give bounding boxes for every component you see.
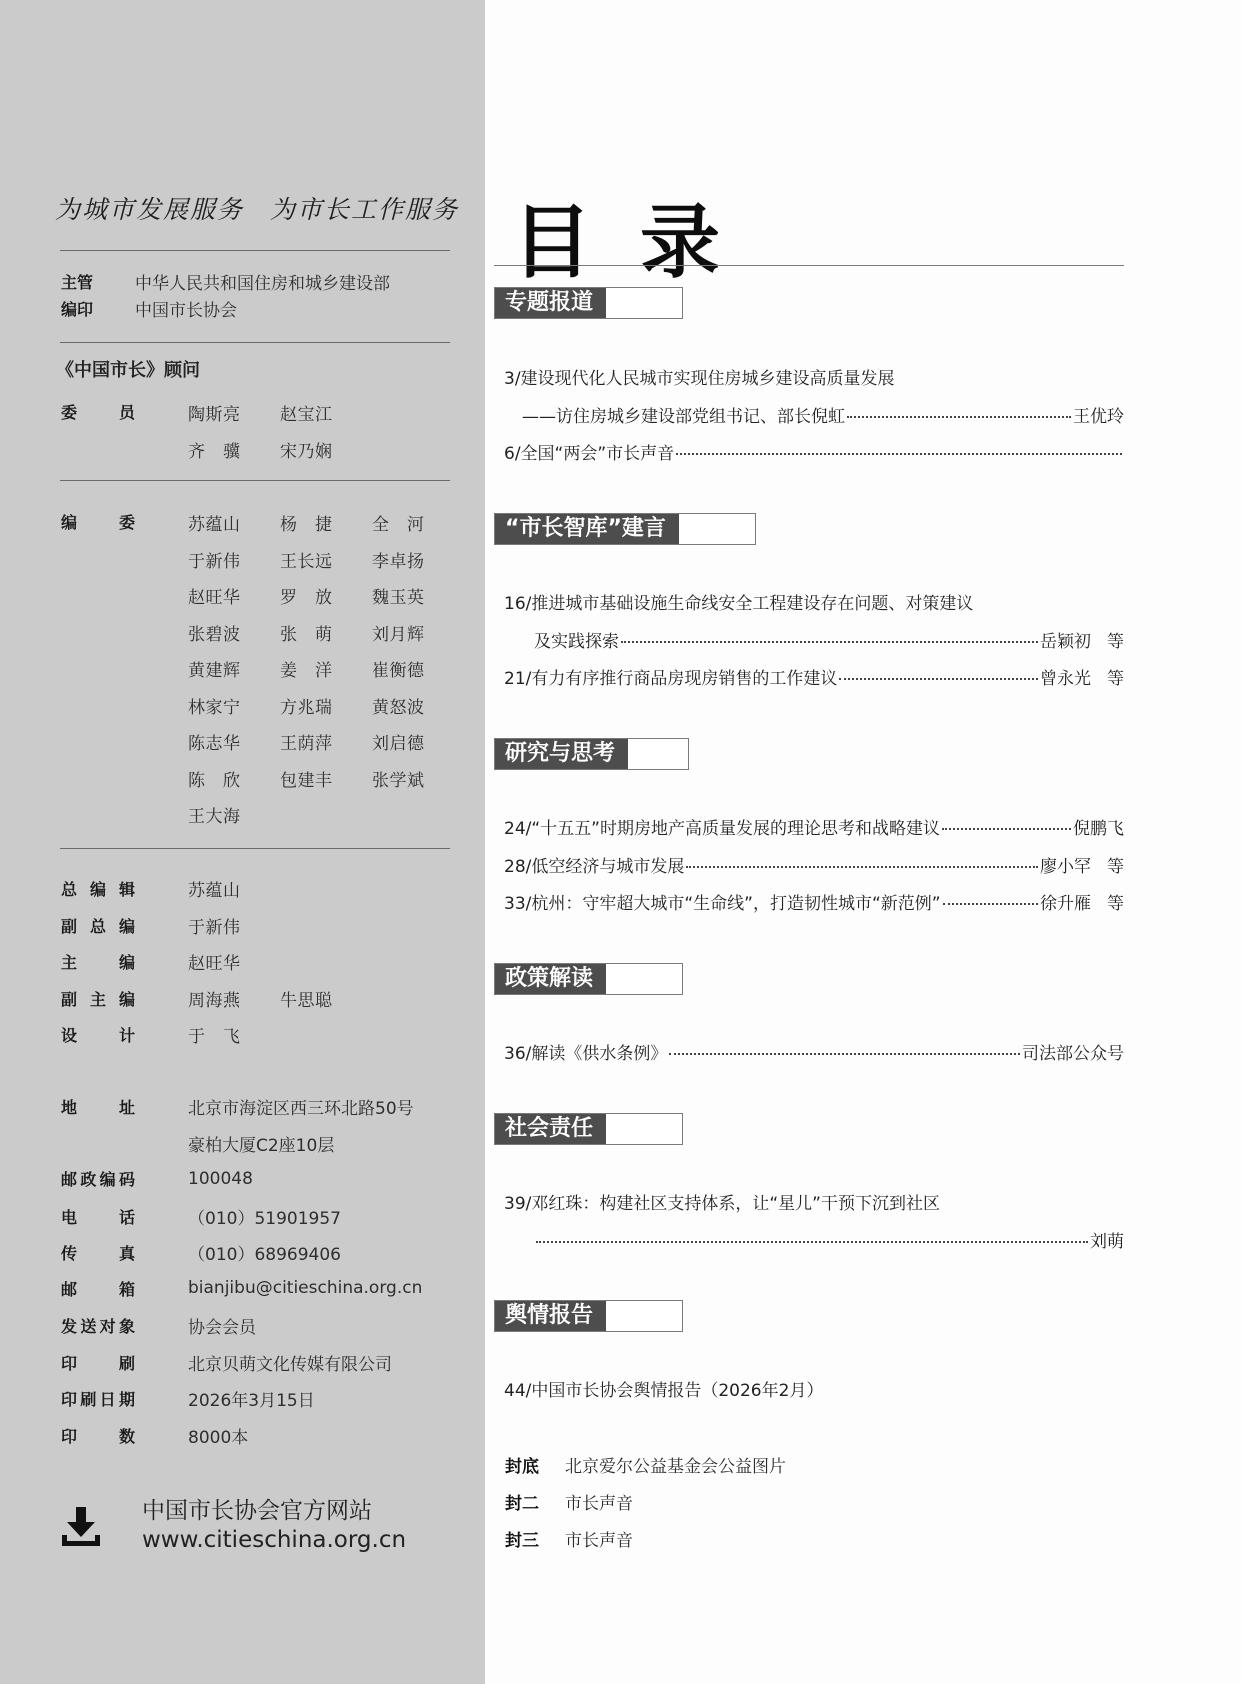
- title-underline: [494, 265, 1124, 266]
- board-member-name: 林家宁: [188, 693, 240, 718]
- divider: [60, 848, 450, 849]
- page-number: 6/: [504, 444, 521, 464]
- editorial-board-row: 赵旺华罗 放魏玉英: [188, 583, 464, 608]
- advisors-label-row: 委 员: [61, 400, 135, 423]
- contact-label: 印刷日期: [61, 1387, 135, 1410]
- toc-entry[interactable]: 44/ 中国市长协会舆情报告（2026年2月）: [504, 1376, 1124, 1401]
- entry-author: 岳颖初: [1040, 627, 1091, 652]
- dot-leader: [669, 1053, 1020, 1055]
- entry-author: 廖小罕: [1040, 852, 1091, 877]
- supervisor-value: 中华人民共和国住房和城乡建设部: [135, 269, 390, 294]
- section-heading: 政策解读: [495, 964, 606, 994]
- staff-row: 副主编周海燕牛思聪: [61, 986, 372, 1011]
- editorial-board-row: 黄建辉姜 洋崔衡德: [188, 656, 464, 681]
- cover-label: 封三: [505, 1526, 565, 1551]
- contact-value: （010）51901957: [188, 1204, 341, 1229]
- page-number: 44/: [504, 1381, 531, 1401]
- entry-title: 全国“两会”市长声音: [521, 439, 675, 464]
- staff-row: 总编辑苏蕴山: [61, 876, 280, 901]
- staff-role-label: 副总编: [61, 914, 135, 937]
- advisor-name: 赵宝江: [280, 400, 332, 425]
- entry-title: 有力有序推行商品房现房销售的工作建议: [531, 664, 837, 689]
- entry-title: 低空经济与城市发展: [531, 852, 684, 877]
- toc-entry[interactable]: 36/ 解读《供水条例》司法部公众号: [504, 1039, 1124, 1064]
- publisher-row: 编印 中国市长协会: [61, 296, 237, 321]
- entry-author: 倪鹏飞: [1073, 814, 1124, 839]
- staff-name: 于 飞: [188, 1022, 240, 1047]
- toc-entry[interactable]: 21/ 有力有序推行商品房现房销售的工作建议曾永光等: [504, 664, 1124, 689]
- entry-subtitle: 及实践探索: [534, 627, 619, 652]
- staff-row: 设计于 飞: [61, 1022, 280, 1047]
- advisors-title: 《中国市长》顾问: [56, 356, 200, 382]
- section-heading: 社会责任: [495, 1114, 606, 1144]
- advisor-name: 宋乃娴: [280, 437, 332, 462]
- cover-value: 北京爱尔公益基金会公益图片: [565, 1452, 786, 1477]
- section-header: 舆情报告: [494, 1300, 683, 1332]
- cover-row: 封三市长声音: [505, 1526, 633, 1551]
- contact-value: 2026年3月15日: [188, 1386, 315, 1411]
- editorial-board-row: 于新伟王长远李卓扬: [188, 547, 464, 572]
- dot-leader: [686, 866, 1038, 868]
- contact-label: 印数: [61, 1424, 135, 1447]
- section-heading: 舆情报告: [495, 1301, 606, 1331]
- toc-entry[interactable]: 28/ 低空经济与城市发展廖小罕等: [504, 852, 1124, 877]
- page-number: 3/: [504, 369, 521, 389]
- motto-part-1: 为城市发展服务: [55, 195, 244, 224]
- staff-role-label: 总编辑: [61, 877, 135, 900]
- section-header: 社会责任: [494, 1113, 683, 1145]
- contact-row: 印刷日期2026年3月15日: [61, 1386, 315, 1411]
- entry-author: 王优玲: [1073, 402, 1124, 427]
- advisors-row: 齐 骥 宋乃娴: [188, 437, 372, 462]
- section-heading: “市长智库”建言: [495, 514, 679, 544]
- editorial-board-row: 林家宁方兆瑞黄怒波: [188, 693, 464, 718]
- toc-entry-continued[interactable]: 及实践探索岳颖初等: [534, 627, 1124, 652]
- toc-entry[interactable]: 3/ 建设现代化人民城市实现住房城乡建设高质量发展: [504, 364, 1124, 389]
- board-member-name: 黄建辉: [188, 656, 240, 681]
- toc-entry-continued[interactable]: ——访住房城乡建设部党组书记、部长倪虹王优玲: [522, 402, 1124, 427]
- contact-row: 印刷北京贝萌文化传媒有限公司: [61, 1350, 392, 1375]
- entry-etc: 等: [1107, 664, 1124, 689]
- download-icon: [60, 1505, 102, 1547]
- contact-row: 邮箱bianjibu@citieschina.org.cn: [61, 1277, 422, 1300]
- board-member-name: 苏蕴山: [188, 510, 240, 535]
- advisors-row: 陶斯亮 赵宝江: [188, 400, 372, 425]
- section-header: 政策解读: [494, 963, 683, 995]
- dot-leader: [839, 678, 1038, 680]
- contact-label: 传真: [61, 1241, 135, 1264]
- cover-row: 封底北京爱尔公益基金会公益图片: [505, 1452, 786, 1477]
- toc-entry[interactable]: 16/ 推进城市基础设施生命线安全工程建设存在问题、对策建议: [504, 589, 1124, 614]
- page-number: 33/: [504, 894, 531, 914]
- dot-leader: [536, 1241, 1088, 1243]
- page-number: 28/: [504, 857, 531, 877]
- section-header: “市长智库”建言: [494, 513, 756, 545]
- board-member-name: 崔衡德: [372, 656, 424, 681]
- section-header: 研究与思考: [494, 738, 689, 770]
- board-member-name: 王大海: [188, 802, 240, 827]
- staff-row: 主编赵旺华: [61, 949, 280, 974]
- entry-author: 徐升雁: [1040, 889, 1091, 914]
- website-url[interactable]: www.citieschina.org.cn: [142, 1526, 406, 1555]
- entry-author: 曾永光: [1040, 664, 1091, 689]
- editorial-board-row: 张碧波张 萌刘月辉: [188, 620, 464, 645]
- staff-name: 苏蕴山: [188, 876, 240, 901]
- editorial-board-label: 编 委: [61, 510, 135, 533]
- board-member-name: 于新伟: [188, 547, 240, 572]
- contact-value: 豪柏大厦C2座10层: [188, 1131, 334, 1156]
- page-number: 36/: [504, 1044, 531, 1064]
- entry-author: 司法部公众号: [1022, 1039, 1124, 1064]
- page-title: 目录: [512, 178, 768, 293]
- contact-value: 8000本: [188, 1423, 248, 1448]
- divider: [60, 342, 450, 343]
- contact-row: 发送对象协会会员: [61, 1313, 256, 1338]
- contact-value: 100048: [188, 1169, 253, 1189]
- contact-row: 豪柏大厦C2座10层: [61, 1131, 334, 1156]
- board-member-name: 张学斌: [372, 766, 424, 791]
- contact-value: 北京贝萌文化传媒有限公司: [188, 1350, 392, 1375]
- contact-label: 发送对象: [61, 1314, 135, 1337]
- board-member-name: 杨 捷: [280, 510, 332, 535]
- entry-title: 解读《供水条例》: [531, 1039, 667, 1064]
- editorial-board-label-row: 编 委: [61, 510, 135, 533]
- contact-value: bianjibu@citieschina.org.cn: [188, 1278, 422, 1298]
- board-member-name: 张碧波: [188, 620, 240, 645]
- contact-label: 地址: [61, 1095, 135, 1118]
- entry-author: 刘萌: [1090, 1227, 1124, 1252]
- dot-leader: [621, 641, 1038, 643]
- entry-title: 建设现代化人民城市实现住房城乡建设高质量发展: [521, 364, 895, 389]
- cover-value: 市长声音: [565, 1489, 633, 1514]
- editorial-board-row: 苏蕴山杨 捷全 河: [188, 510, 464, 535]
- entry-title: “十五五”时期房地产高质量发展的理论思考和战略建议: [531, 814, 940, 839]
- page-number: 39/: [504, 1194, 531, 1214]
- board-member-name: 王长远: [280, 547, 332, 572]
- cover-row: 封二市长声音: [505, 1489, 633, 1514]
- cover-label: 封底: [505, 1452, 565, 1477]
- section-heading: 专题报道: [495, 288, 606, 318]
- entry-subtitle: ——访住房城乡建设部党组书记、部长倪虹: [522, 402, 845, 427]
- contact-value: （010）68969406: [188, 1240, 341, 1265]
- contact-value: 协会会员: [188, 1313, 256, 1338]
- toc-entry[interactable]: 24/ “十五五”时期房地产高质量发展的理论思考和战略建议倪鹏飞: [504, 814, 1124, 839]
- entry-title: 杭州：守牢超大城市“生命线”，打造韧性城市“新范例”: [531, 889, 940, 914]
- page-number: 24/: [504, 819, 531, 839]
- staff-name: 牛思聪: [280, 986, 332, 1011]
- staff-role-label: 主编: [61, 950, 135, 973]
- board-member-name: 赵旺华: [188, 583, 240, 608]
- contact-row: 邮政编码100048: [61, 1167, 253, 1190]
- board-member-name: 陈 欣: [188, 766, 240, 791]
- website-block: 中国市长协会官方网站 www.citieschina.org.cn: [60, 1497, 406, 1555]
- supervisor-label: 主管: [61, 270, 135, 293]
- entry-etc: 等: [1107, 889, 1124, 914]
- contact-row: 传真（010）68969406: [61, 1240, 341, 1265]
- website-name: 中国市长协会官方网站: [142, 1497, 406, 1526]
- entry-etc: 等: [1107, 852, 1124, 877]
- entry-title: 邓红珠：构建社区支持体系，让“星儿”干预下沉到社区: [531, 1189, 940, 1214]
- contact-value: 北京市海淀区西三环北路50号: [188, 1094, 414, 1119]
- board-member-name: 刘启德: [372, 729, 424, 754]
- dot-leader: [676, 453, 1122, 455]
- contact-row: 印数8000本: [61, 1423, 248, 1448]
- toc-entry[interactable]: 39/ 邓红珠：构建社区支持体系，让“星儿”干预下沉到社区: [504, 1189, 1124, 1214]
- page-number: 21/: [504, 669, 531, 689]
- supervisor-row: 主管 中华人民共和国住房和城乡建设部: [61, 269, 390, 294]
- board-member-name: 姜 洋: [280, 656, 332, 681]
- dot-leader: [847, 416, 1071, 418]
- divider: [60, 480, 450, 481]
- entry-title: 推进城市基础设施生命线安全工程建设存在问题、对策建议: [531, 589, 973, 614]
- toc-entry[interactable]: 6/ 全国“两会”市长声音: [504, 439, 1124, 464]
- divider: [60, 250, 450, 251]
- motto: 为城市发展服务为市长工作服务: [55, 190, 485, 226]
- page-number: 16/: [504, 594, 531, 614]
- board-member-name: 全 河: [372, 510, 424, 535]
- cover-value: 市长声音: [565, 1526, 633, 1551]
- staff-name: 赵旺华: [188, 949, 240, 974]
- toc-entry-continued[interactable]: 刘萌: [534, 1227, 1124, 1252]
- advisors-label: 委 员: [61, 400, 135, 423]
- editorial-board-row: 陈 欣包建丰张学斌: [188, 766, 464, 791]
- board-member-name: 王荫萍: [280, 729, 332, 754]
- contact-label: 邮政编码: [61, 1167, 135, 1190]
- motto-part-2: 为市长工作服务: [270, 195, 459, 224]
- board-member-name: 罗 放: [280, 583, 332, 608]
- board-member-name: 方兆瑞: [280, 693, 332, 718]
- contact-label: 邮箱: [61, 1277, 135, 1300]
- board-member-name: 陈志华: [188, 729, 240, 754]
- section-heading: 研究与思考: [495, 739, 628, 769]
- board-member-name: 黄怒波: [372, 693, 424, 718]
- contact-label: 电话: [61, 1205, 135, 1228]
- editorial-board-row: 王大海: [188, 802, 280, 827]
- cover-label: 封二: [505, 1489, 565, 1514]
- staff-name: 于新伟: [188, 913, 240, 938]
- dot-leader: [942, 828, 1071, 830]
- toc-entry[interactable]: 33/ 杭州：守牢超大城市“生命线”，打造韧性城市“新范例”徐升雁等: [504, 889, 1124, 914]
- contact-row: 地址北京市海淀区西三环北路50号: [61, 1094, 414, 1119]
- entry-title: 中国市长协会舆情报告（2026年2月）: [531, 1376, 823, 1401]
- contact-label: 印刷: [61, 1351, 135, 1374]
- contact-row: 电话（010）51901957: [61, 1204, 341, 1229]
- board-member-name: 刘月辉: [372, 620, 424, 645]
- editorial-board-row: 陈志华王荫萍刘启德: [188, 729, 464, 754]
- advisor-name: 陶斯亮: [188, 400, 240, 425]
- advisor-name: 齐 骥: [188, 437, 240, 462]
- staff-row: 副总编于新伟: [61, 913, 280, 938]
- entry-etc: 等: [1107, 627, 1124, 652]
- board-member-name: 包建丰: [280, 766, 332, 791]
- publisher-label: 编印: [61, 297, 135, 320]
- staff-name: 周海燕: [188, 986, 240, 1011]
- publisher-value: 中国市长协会: [135, 296, 237, 321]
- board-member-name: 李卓扬: [372, 547, 424, 572]
- section-header: 专题报道: [494, 287, 683, 319]
- board-member-name: 张 萌: [280, 620, 332, 645]
- dot-leader: [943, 903, 1038, 905]
- staff-role-label: 设计: [61, 1023, 135, 1046]
- board-member-name: 魏玉英: [372, 583, 424, 608]
- staff-role-label: 副主编: [61, 987, 135, 1010]
